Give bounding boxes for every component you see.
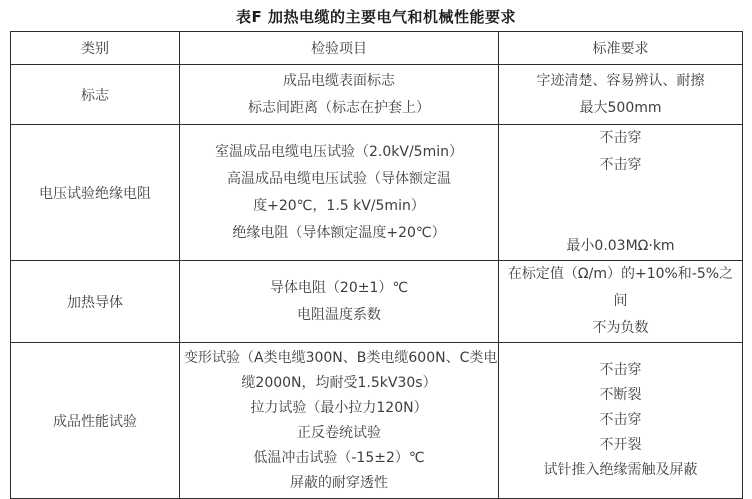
category-cell: 电压试验绝缘电阻: [11, 125, 180, 261]
item-line: 变形试验（A类电缆300N、B类电缆600N、C类电: [184, 346, 494, 371]
requirement-line: 最大500mm: [503, 95, 738, 122]
requirement-line-blank: [503, 179, 738, 206]
item-line: 绝缘电阻（导体额定温度+20℃）: [184, 220, 494, 247]
table-row-marking: 标志 成品电缆表面标志 标志间距离（标志在护套上） 字迹清楚、容易辨认、耐擦 最…: [11, 65, 743, 125]
requirement-line: 不击穿: [503, 152, 738, 179]
requirement-line: 试针推入绝缘需触及屏蔽: [503, 458, 738, 483]
requirements-cell: 不击穿 不断裂 不击穿 不开裂 试针推入绝缘需触及屏蔽: [499, 343, 743, 499]
requirement-line: 不开裂: [503, 433, 738, 458]
item-line: 拉力试验（最小拉力120N）: [184, 396, 494, 421]
item-line: 成品电缆表面标志: [184, 68, 494, 95]
requirements-cell: 不击穿 不击穿 最小0.03MΩ·km: [499, 125, 743, 261]
requirements-cell: 在标定值（Ω/m）的+10%和-5%之 间 不为负数: [499, 261, 743, 343]
table-row-heating-conductor: 加热导体 导体电阻（20±1）℃ 电阻温度系数 在标定值（Ω/m）的+10%和-…: [11, 261, 743, 343]
item-line: 标志间距离（标志在护套上）: [184, 95, 494, 122]
requirement-line: 不击穿: [503, 408, 738, 433]
items-cell: 室温成品电缆电压试验（2.0kV/5min） 高温成品电缆电压试验（导体额定温 …: [180, 125, 499, 261]
requirement-line-blank: [503, 206, 738, 233]
item-line: 正反卷统试验: [184, 421, 494, 446]
items-cell: 变形试验（A类电缆300N、B类电缆600N、C类电 缆2000N，均耐受1.5…: [180, 343, 499, 499]
requirement-line: 不击穿: [503, 125, 738, 152]
requirement-line: 不断裂: [503, 383, 738, 408]
item-line: 屏蔽的耐穿透性: [184, 471, 494, 496]
requirement-line: 不击穿: [503, 358, 738, 383]
item-line: 高温成品电缆电压试验（导体额定温: [184, 166, 494, 193]
item-line: 室温成品电缆电压试验（2.0kV/5min）: [184, 139, 494, 166]
col-header-category: 类别: [11, 32, 180, 65]
spec-table: 类别 检验项目 标准要求 标志 成品电缆表面标志 标志间距离（标志在护套上） 字…: [10, 31, 743, 499]
category-cell: 加热导体: [11, 261, 180, 343]
requirement-line: 字迹清楚、容易辨认、耐擦: [503, 68, 738, 95]
item-line: 低温冲击试验（-15±2）℃: [184, 446, 494, 471]
items-cell: 成品电缆表面标志 标志间距离（标志在护套上）: [180, 65, 499, 125]
item-line: 度+20℃，1.5 kV/5min）: [184, 193, 494, 220]
table-row-voltage-insulation: 电压试验绝缘电阻 室温成品电缆电压试验（2.0kV/5min） 高温成品电缆电压…: [11, 125, 743, 261]
header-row: 类别 检验项目 标准要求: [11, 32, 743, 65]
requirements-cell: 字迹清楚、容易辨认、耐擦 最大500mm: [499, 65, 743, 125]
category-cell: 成品性能试验: [11, 343, 180, 499]
item-line: 导体电阻（20±1）℃: [184, 275, 494, 302]
col-header-requirements: 标准要求: [499, 32, 743, 65]
requirement-line: 最小0.03MΩ·km: [503, 233, 738, 260]
table-row-finished-product-tests: 成品性能试验 变形试验（A类电缆300N、B类电缆600N、C类电 缆2000N…: [11, 343, 743, 499]
item-line: 电阻温度系数: [184, 302, 494, 329]
category-cell: 标志: [11, 65, 180, 125]
requirement-line: 间: [503, 288, 738, 315]
table-title: 表F 加热电缆的主要电气和机械性能要求: [0, 0, 752, 31]
requirement-line: 在标定值（Ω/m）的+10%和-5%之: [503, 261, 738, 288]
document-page: 表F 加热电缆的主要电气和机械性能要求 类别 检验项目 标准要求 标志 成品电缆…: [0, 0, 752, 499]
item-line: 缆2000N，均耐受1.5kV30s）: [184, 371, 494, 396]
col-header-items: 检验项目: [180, 32, 499, 65]
items-cell: 导体电阻（20±1）℃ 电阻温度系数: [180, 261, 499, 343]
requirement-line: 不为负数: [503, 315, 738, 342]
